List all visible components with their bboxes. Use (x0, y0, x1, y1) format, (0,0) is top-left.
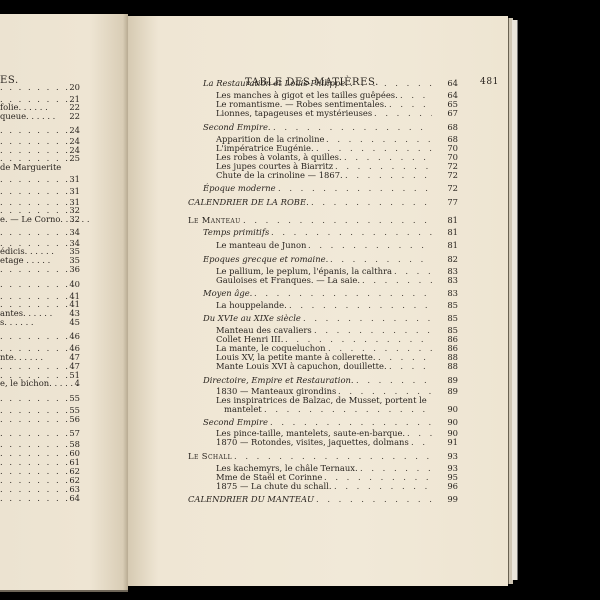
dot-leader: . . . . . . . . . . . . . . . . . . . . … (356, 375, 432, 385)
left-toc-entry-page: 32 (60, 214, 80, 224)
toc-entry-page: 89 (438, 375, 458, 385)
toc-entry-title: Directoire, Empire et Restauration. (203, 375, 354, 385)
left-toc-entry: . . . . . . . .56 (0, 414, 82, 424)
toc-entry: Le Manteau . . . . . . . . . . . . . . .… (188, 215, 458, 225)
left-toc-entry: e, le bichon. . . . . .4 (0, 378, 82, 388)
toc-entry-title: Moyen âge. (203, 288, 252, 298)
toc-entry-title: Second Empire. (203, 122, 271, 132)
toc-entry-title: CALENDRIER DU MANTEAU (188, 494, 314, 504)
left-toc-entry-page: 55 (60, 393, 80, 403)
left-toc-entry-page: 4 (60, 378, 80, 388)
left-toc-entry: . . . . . . . .31 (0, 186, 82, 196)
dot-leader: . . . . . . . . . . . . . . . . . . . . … (254, 288, 432, 298)
left-toc-entry-page: 40 (60, 279, 80, 289)
dot-leader: . . . . . . . . . . . . . . . . . . . . … (271, 227, 432, 237)
dot-leader: . . . . . . . . . . . . . . . . . . . . … (334, 481, 432, 491)
toc-entry-page: 85 (438, 300, 458, 310)
dot-leader: . . . . . . . . . . . . . . . . . . . . … (389, 361, 432, 371)
dot-leader: . . . . . . . . . . . . . . . . . . . . … (345, 170, 432, 180)
toc-entry-page: 99 (438, 494, 458, 504)
left-toc-entry: . . . . . . . .64 (0, 493, 82, 503)
dot-leader: . . . . . . . . . . . . . . . . . . . . … (278, 183, 432, 193)
toc-entry-page: 68 (438, 122, 458, 132)
dot-leader: . . . . . . . . . . . . . . . . . . . . … (289, 300, 432, 310)
toc-entry: Epoques grecque et romaine. . . . . . . … (203, 254, 458, 264)
toc-entry-page: 64 (438, 78, 458, 88)
toc-entry-page: 96 (438, 481, 458, 491)
page-number: 481 (480, 77, 499, 87)
toc-entry-title: 1870 — Rotondes, visites, jaquettes, dol… (216, 437, 409, 447)
toc-entry: Gauloises et Franques. — La saie. . . . … (216, 275, 458, 285)
toc-entry: CALENDRIER DE LA ROBE. . . . . . . . . .… (188, 197, 458, 207)
left-toc-entry: . . . . . . . .55 (0, 393, 82, 403)
dot-leader: . . . . . . . . . . . . . . . . . . . . … (316, 494, 432, 504)
toc-entry-title: Du XVIe au XIXe siècle (203, 313, 301, 323)
left-toc-entry-page: 22 (60, 111, 80, 121)
toc-entry-page: 85 (438, 313, 458, 323)
left-toc-entry: . . . . . . . .31 (0, 174, 82, 184)
toc-entry-page: 81 (438, 227, 458, 237)
book-cover-edge (512, 20, 518, 580)
left-toc-entry-page: 45 (60, 317, 80, 327)
toc-entry-title: Chute de la crinoline — 1867. (216, 170, 343, 180)
toc-entry: La Restauration et Louis-Philippe. . . .… (203, 78, 458, 88)
left-toc-entry: . . . . . . . .34 (0, 227, 82, 237)
dot-leader: . . . . . . . . . . . . . . . . . . . . … (411, 437, 432, 447)
dot-leader: . . . . . . . . . . . . . . . . . . . . … (273, 122, 432, 132)
toc-entry-page: 90 (438, 404, 458, 414)
left-toc-entry-page: 20 (60, 82, 80, 92)
toc-entry: Directoire, Empire et Restauration. . . … (203, 375, 458, 385)
left-toc-entry: de Marguerite (0, 162, 82, 172)
toc-entry-page: 67 (438, 108, 458, 118)
left-toc-entry-page: 56 (60, 414, 80, 424)
dot-leader: . . . . . . . . . . . . . . . . . . . . … (270, 417, 432, 427)
toc-entry-page: 93 (438, 451, 458, 461)
toc-entry-title: Le manteau de Junon (216, 240, 306, 250)
left-toc-entry: . . . . . . . .46 (0, 331, 82, 341)
toc-entry-page: 82 (438, 254, 458, 264)
left-toc-entry-title: s. . . . . . (0, 317, 34, 327)
toc-entry: CALENDRIER DU MANTEAU . . . . . . . . . … (188, 494, 458, 504)
toc-entry-title: CALENDRIER DE LA ROBE. (188, 197, 309, 207)
dot-leader: . . . . . . . . . . . . . . . . . . . . … (350, 78, 432, 88)
dot-leader: . . . . . . . . . . . . . . . . . . . . … (303, 313, 432, 323)
left-toc-entry-page: 64 (60, 493, 80, 503)
toc-entry: Du XVIe au XIXe siècle . . . . . . . . .… (203, 313, 458, 323)
toc-entry: Époque moderne . . . . . . . . . . . . .… (203, 183, 458, 193)
dot-leader: . . . . . . . . . . . . . . . . . . . . … (264, 404, 432, 414)
toc-entry-title: Le Schall (188, 451, 232, 461)
toc-entry-page: 83 (438, 288, 458, 298)
left-toc-entry: e. — Le Corno. . . . . .32 (0, 214, 82, 224)
toc-entry-page: 90 (438, 417, 458, 427)
toc-entry-page: 72 (438, 183, 458, 193)
left-toc-entry: . . . . . . . .24 (0, 125, 82, 135)
toc-entry: Second Empire. . . . . . . . . . . . . .… (203, 122, 458, 132)
left-toc-entry: . . . . . . . .20 (0, 82, 82, 92)
toc-entry-title: Epoques grecque et romaine. (203, 254, 328, 264)
left-toc-entry-title: de Marguerite (0, 162, 61, 172)
toc-entry-title: mantelet (224, 404, 262, 414)
left-toc-entry: s. . . . . .45 (0, 317, 82, 327)
toc-entry-title: 1875 — La chute du schall. (216, 481, 332, 491)
left-toc-entry: queue. . . . . .22 (0, 111, 82, 121)
dot-leader: . . . . . . . . . . . . . . . . . . . . … (243, 215, 432, 225)
left-toc-entry-page: 46 (60, 331, 80, 341)
dot-leader: . . . . . . . . . . . . . . . . . . . . … (330, 254, 432, 264)
toc-entry-page: 81 (438, 240, 458, 250)
toc-entry-page: 83 (438, 275, 458, 285)
toc-entry-title: La houppelande. (216, 300, 287, 310)
left-toc-entry: . . . . . . . .36 (0, 264, 82, 274)
left-toc-entry-page: 31 (60, 186, 80, 196)
toc-entry-page: 88 (438, 361, 458, 371)
left-toc-entry-page: 31 (60, 174, 80, 184)
dot-leader: . . . . . . . . . . . . . . . . . . . . … (362, 275, 432, 285)
right-page: TABLE DES MATIÈRES. 481 La Restauration … (128, 16, 508, 586)
toc-entry-page: 72 (438, 170, 458, 180)
toc-entry: Moyen âge. . . . . . . . . . . . . . . .… (203, 288, 458, 298)
toc-entry-page: 77 (438, 197, 458, 207)
toc-entry-title: Gauloises et Franques. — La saie. (216, 275, 360, 285)
toc-entry: Mante Louis XVI à capuchon, douillette. … (216, 361, 458, 371)
left-toc-entry: . . . . . . . .40 (0, 279, 82, 289)
toc-entry: 1875 — La chute du schall. . . . . . . .… (216, 481, 458, 491)
toc-entry: Second Empire . . . . . . . . . . . . . … (203, 417, 458, 427)
left-toc-entry-page: 34 (60, 227, 80, 237)
left-toc-entry-page: 57 (60, 428, 80, 438)
toc-entry-title: Lionnes, tapageuses et mystérieuses (216, 108, 372, 118)
dot-leader: . . . . . . . . . . . . . . . . . . . . … (311, 197, 432, 207)
toc-entry-title: Mante Louis XVI à capuchon, douillette. (216, 361, 387, 371)
toc-entry: 1870 — Rotondes, visites, jaquettes, dol… (216, 437, 458, 447)
left-toc-entry-page: 36 (60, 264, 80, 274)
toc-entry-page: 81 (438, 215, 458, 225)
dot-leader: . . . . . . . . . . . . . . . . . . . . … (308, 240, 432, 250)
dot-leader: . . . . . . . . . . . . . . . . . . . . … (374, 108, 432, 118)
left-toc-entry-page: 24 (60, 125, 80, 135)
toc-entry: La houppelande. . . . . . . . . . . . . … (216, 300, 458, 310)
toc-entry: Le Schall . . . . . . . . . . . . . . . … (188, 451, 458, 461)
toc-entry: Le manteau de Junon . . . . . . . . . . … (216, 240, 458, 250)
toc-entry-page: 91 (438, 437, 458, 447)
left-toc-entry-title: queue. . . . . . (0, 111, 55, 121)
toc-entry-title: Temps primitifs (203, 227, 269, 237)
left-page: ES. . . . . . . . .20. . . . . . . .21fo… (0, 14, 128, 592)
dot-leader: . . . . . . . . . . . . . . . . . . . . … (234, 451, 432, 461)
toc-entry: Lionnes, tapageuses et mystérieuses . . … (216, 108, 458, 118)
toc-entry: Temps primitifs . . . . . . . . . . . . … (203, 227, 458, 237)
toc-entry-title: Le Manteau (188, 215, 241, 225)
toc-entry-title: Second Empire (203, 417, 268, 427)
toc-entry: Chute de la crinoline — 1867. . . . . . … (216, 170, 458, 180)
left-toc-entry: . . . . . . . .57 (0, 428, 82, 438)
toc-entry: mantelet . . . . . . . . . . . . . . . .… (224, 404, 458, 414)
toc-entry-title: La Restauration et Louis-Philippe. (203, 78, 348, 88)
toc-entry-title: Époque moderne (203, 183, 276, 193)
